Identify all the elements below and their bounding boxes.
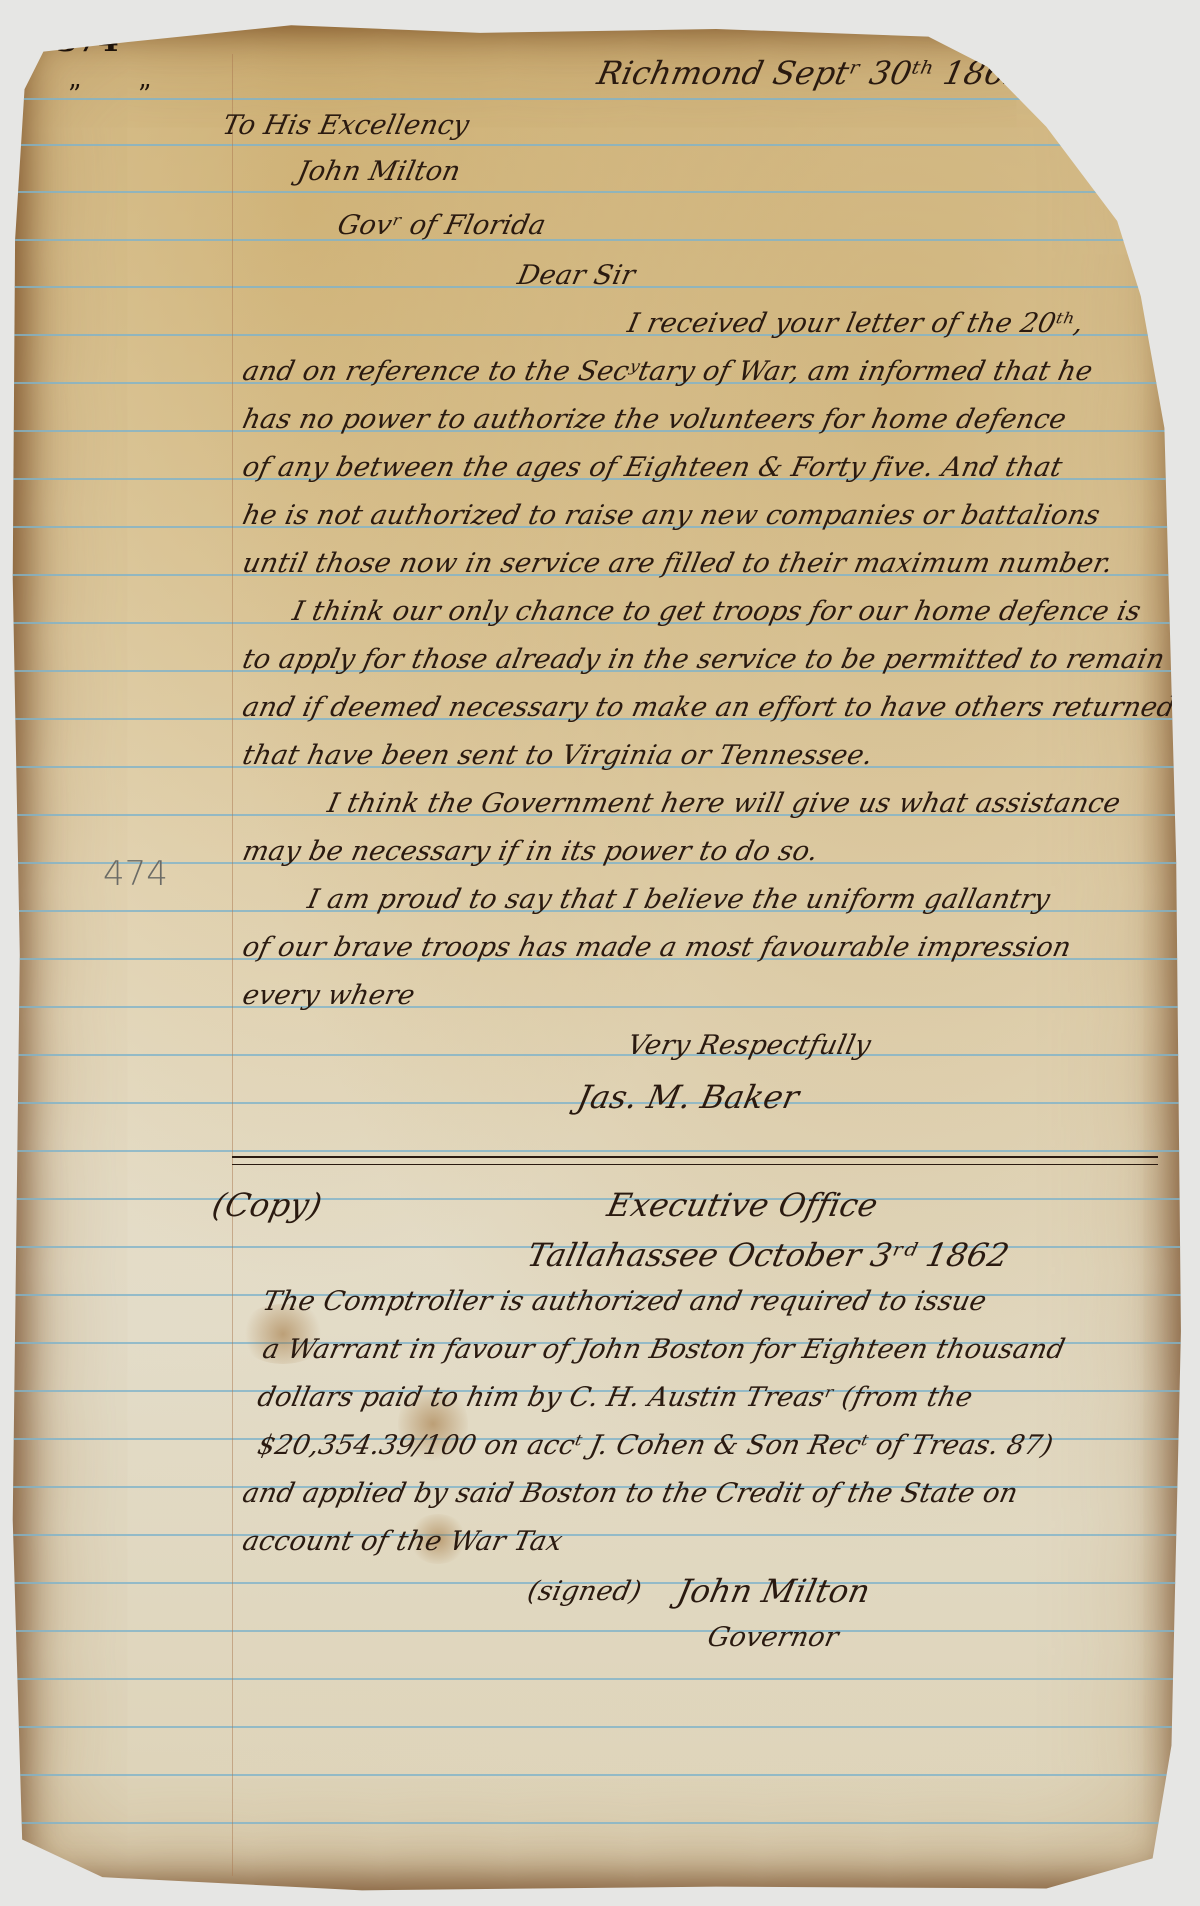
letter-dateline: Richmond Septʳ 30ᵗʰ 1862 bbox=[594, 54, 1030, 92]
body-line: he is not authorized to raise any new co… bbox=[240, 500, 1103, 531]
copy-dateline: Tallahassee October 3ʳᵈ 1862 bbox=[524, 1236, 1013, 1274]
copy-label: (Copy) bbox=[209, 1186, 326, 1224]
body-line: every where bbox=[240, 980, 418, 1011]
body-line: has no power to authorize the volunteers… bbox=[240, 404, 1069, 435]
body-line: of any between the ages of Eighteen & Fo… bbox=[240, 452, 1065, 483]
margin-line bbox=[232, 54, 233, 1876]
rule-line bbox=[8, 144, 1188, 146]
body-line: I think the Government here will give us… bbox=[325, 788, 1124, 819]
body-line: I am proud to say that I believe the uni… bbox=[305, 884, 1053, 915]
rule-line bbox=[8, 1726, 1188, 1728]
copy-body-line: The Comptroller is authorized and requir… bbox=[260, 1286, 990, 1317]
body-line: that have been sent to Virginia or Tenne… bbox=[240, 740, 876, 771]
copy-body-line: $20,354.39/100 on accᵗ J. Cohen & Son Re… bbox=[255, 1430, 1056, 1461]
copy-body-line: and applied by said Boston to the Credit… bbox=[240, 1478, 1021, 1509]
rule-line bbox=[8, 191, 1188, 193]
rule-line bbox=[8, 98, 1188, 100]
ditto-mark: ” bbox=[68, 80, 81, 110]
ditto-mark: ” bbox=[138, 80, 151, 110]
body-line: I received your letter of the 20ᵗʰ, bbox=[625, 308, 1087, 339]
letter-closing: Very Respectfully bbox=[625, 1030, 874, 1061]
signatory-title: Governor bbox=[705, 1622, 842, 1653]
rule-line bbox=[8, 1150, 1188, 1152]
letter-page: 374 ” ” Richmond Septʳ 30ᵗʰ 1862 To His … bbox=[8, 14, 1188, 1896]
salutation-line: To His Excellency bbox=[220, 110, 472, 141]
copy-body-line: account of the War Tax bbox=[240, 1526, 566, 1557]
salutation-line: Govʳ of Florida bbox=[335, 210, 549, 241]
rule-line bbox=[8, 1822, 1188, 1824]
ledger-number: 374 bbox=[56, 24, 119, 59]
copy-signature: John Milton bbox=[674, 1572, 874, 1610]
section-divider bbox=[232, 1164, 1158, 1165]
rule-line bbox=[8, 1198, 1188, 1200]
rule-line bbox=[8, 1774, 1188, 1776]
salutation-line: John Milton bbox=[295, 156, 464, 187]
body-line: of our brave troops has made a most favo… bbox=[240, 932, 1074, 963]
body-line: and on reference to the Secʸtary of War,… bbox=[240, 356, 1096, 387]
signed-label: (signed) bbox=[525, 1576, 645, 1607]
rule-line bbox=[8, 1630, 1188, 1632]
letter-signature: Jas. M. Baker bbox=[574, 1078, 803, 1116]
rule-line bbox=[8, 1054, 1188, 1056]
rule-line bbox=[8, 1534, 1188, 1536]
section-divider bbox=[232, 1156, 1158, 1158]
salutation-line: Dear Sir bbox=[515, 260, 638, 291]
rule-line bbox=[8, 1006, 1188, 1008]
rule-line bbox=[8, 239, 1188, 241]
rule-line bbox=[8, 1678, 1188, 1680]
copy-heading: Executive Office bbox=[604, 1186, 881, 1224]
body-line: until those now in service are filled to… bbox=[240, 548, 1116, 579]
body-line: may be necessary if in its power to do s… bbox=[240, 836, 821, 867]
pencil-page-number: 474 bbox=[103, 854, 168, 894]
body-line: to apply for those already in the servic… bbox=[240, 644, 1168, 675]
copy-body-line: dollars paid to him by C. H. Austin Trea… bbox=[255, 1382, 976, 1413]
body-line: and if deemed necessary to make an effor… bbox=[240, 692, 1178, 723]
body-line: I think our only chance to get troops fo… bbox=[290, 596, 1144, 627]
copy-body-line: a Warrant in favour of John Boston for E… bbox=[260, 1334, 1068, 1365]
